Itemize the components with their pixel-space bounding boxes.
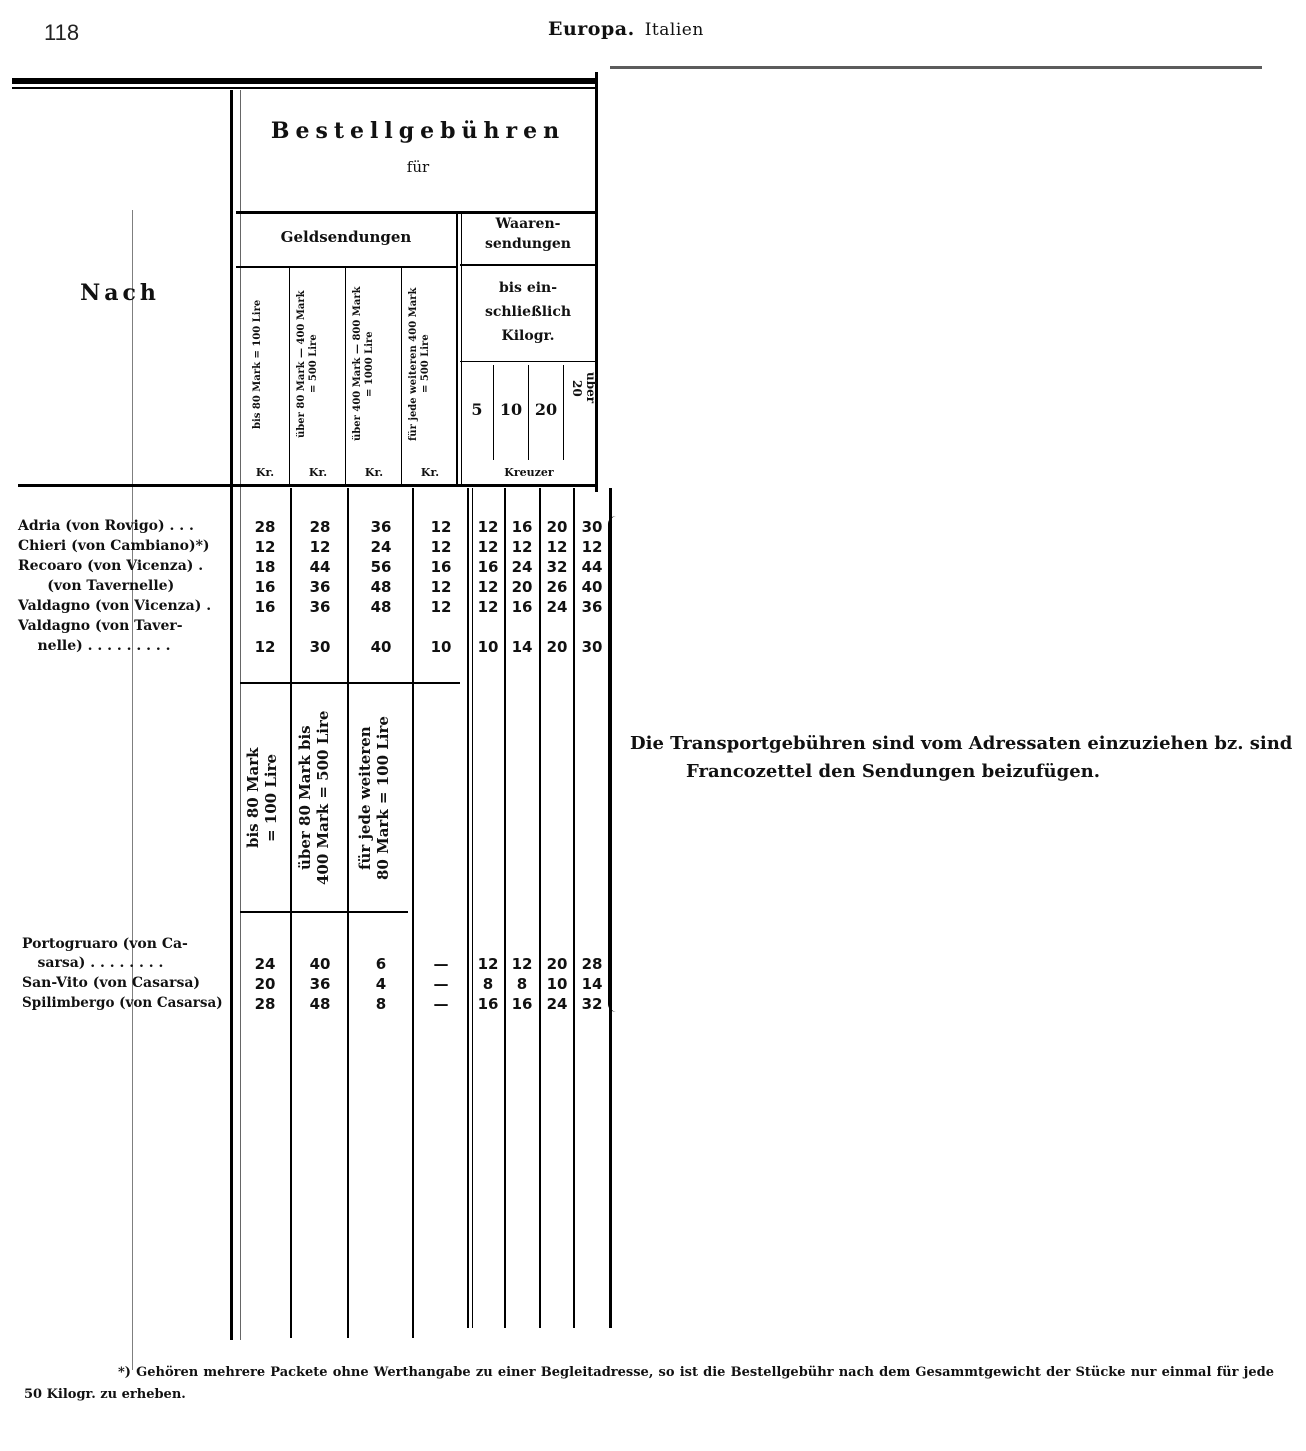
cell: 36 xyxy=(292,975,348,993)
cell: 12 xyxy=(472,598,504,616)
cell: 12 xyxy=(472,538,504,556)
cell: 12 xyxy=(472,518,504,536)
row-destination: Portogruaro (von Ca- xyxy=(22,936,188,952)
cell: 36 xyxy=(574,598,610,616)
cell: 32 xyxy=(574,995,610,1013)
row-destination: Adria (von Rovigo) . . . xyxy=(18,518,194,534)
row-destination: Chieri (von Cambiano)*) xyxy=(18,538,210,554)
table-row: Portogruaro (von Ca- xyxy=(14,936,604,956)
cell: 12 xyxy=(240,538,290,556)
cell: 16 xyxy=(414,558,468,576)
side-note-line-1: Die Transportgebühren sind vom Adressate… xyxy=(630,730,1292,758)
cell: 20 xyxy=(240,975,290,993)
cell: 12 xyxy=(574,538,610,556)
row-destination: Recoaro (von Vicenza) . xyxy=(18,558,203,574)
top-rule-right xyxy=(610,66,1262,69)
footnote: *) Gehören mehrere Packete ohne Werthang… xyxy=(24,1362,1274,1406)
cell: 8 xyxy=(349,995,413,1013)
table-row: nelle) . . . . . . . . . 12 30 40 10 10 … xyxy=(14,638,604,658)
lower-col-header-geld-3: für jede weiteren 80 Mark = 100 Lire xyxy=(356,692,404,904)
waren-weight-header: bis ein- schließlich Kilogr. xyxy=(460,276,596,348)
cell: 12 xyxy=(414,538,468,556)
cell: 44 xyxy=(574,558,610,576)
stub-header: Nach xyxy=(60,280,180,306)
table-title-sub: für xyxy=(240,158,596,176)
cell: 28 xyxy=(240,518,290,536)
cell: — xyxy=(414,995,468,1013)
row-destination: sarsa) . . . . . . . . xyxy=(18,955,163,971)
cell: 12 xyxy=(505,538,539,556)
row-destination: Valdagno (von Vicenza) . xyxy=(18,598,211,614)
cell: 24 xyxy=(505,558,539,576)
col-header-geld-4: für jede weiteren 400 Mark = 500 Lire xyxy=(408,275,448,453)
table-row: sarsa) . . . . . . . . 24 40 6 — 12 12 2… xyxy=(14,955,604,975)
cell: 4 xyxy=(349,975,413,993)
cell: 48 xyxy=(349,598,413,616)
col-header-waren-10: 10 xyxy=(494,400,528,419)
cell: 48 xyxy=(349,578,413,596)
cell: 12 xyxy=(414,598,468,616)
cell: 8 xyxy=(505,975,539,993)
cell: 12 xyxy=(540,538,574,556)
curly-brace xyxy=(608,516,624,1012)
cell: 30 xyxy=(292,638,348,656)
cell: 12 xyxy=(414,578,468,596)
running-head-country: Italien xyxy=(645,20,704,40)
row-destination: nelle) . . . . . . . . . xyxy=(18,638,170,654)
cell: 28 xyxy=(574,955,610,973)
col-header-waren-ueber-20: über 20 xyxy=(564,368,598,408)
unit-kr-1: Kr. xyxy=(240,466,290,479)
cell: 28 xyxy=(240,995,290,1013)
col-header-geld-2: über 80 Mark — 400 Mark = 500 Lire xyxy=(296,275,336,453)
row-destination: Spilimbergo (von Casarsa) xyxy=(22,995,223,1011)
cell: 16 xyxy=(240,578,290,596)
cell: 28 xyxy=(292,518,348,536)
lower-col-header-geld-1: bis 80 Mark = 100 Lire xyxy=(244,692,288,904)
cell: 30 xyxy=(574,638,610,656)
cell: 48 xyxy=(292,995,348,1013)
cell: 12 xyxy=(240,638,290,656)
table-row: Recoaro (von Vicenza) . 18 44 56 16 16 2… xyxy=(14,558,604,578)
cell: — xyxy=(414,955,468,973)
cell: 10 xyxy=(540,975,574,993)
col-header-waren-20: 20 xyxy=(529,400,563,419)
cell: 16 xyxy=(240,598,290,616)
table-row: Spilimbergo (von Casarsa) 28 48 8 — 16 1… xyxy=(14,995,604,1015)
group-header-geldsendungen: Geldsendungen xyxy=(236,228,456,246)
cell: 24 xyxy=(240,955,290,973)
cell: 40 xyxy=(349,638,413,656)
table-row: Valdagno (von Vicenza) . 16 36 48 12 12 … xyxy=(14,598,604,618)
lower-col-header-geld-2: über 80 Mark bis 400 Mark = 500 Lire xyxy=(296,692,344,904)
cell: 20 xyxy=(540,955,574,973)
row-destination: (von Tavernelle) xyxy=(18,578,174,594)
cell: 30 xyxy=(574,518,610,536)
table-row: Valdagno (von Taver- xyxy=(14,618,604,638)
cell: 36 xyxy=(349,518,413,536)
cell: 14 xyxy=(505,638,539,656)
cell: 24 xyxy=(540,995,574,1013)
unit-kr-4: Kr. xyxy=(402,466,458,479)
side-note: Die Transportgebühren sind vom Adressate… xyxy=(630,730,1292,786)
cell: 16 xyxy=(472,995,504,1013)
running-head: Europa.Italien xyxy=(548,18,704,40)
cell: 20 xyxy=(540,638,574,656)
cell: 44 xyxy=(292,558,348,576)
cell: 8 xyxy=(472,975,504,993)
table-row: Adria (von Rovigo) . . . 28 28 36 12 12 … xyxy=(14,518,604,538)
cell: 18 xyxy=(240,558,290,576)
cell: 10 xyxy=(414,638,468,656)
cell: — xyxy=(414,975,468,993)
cell: 12 xyxy=(414,518,468,536)
cell: 40 xyxy=(574,578,610,596)
page-number: 118 xyxy=(44,20,79,46)
cell: 24 xyxy=(540,598,574,616)
cell: 10 xyxy=(472,638,504,656)
group-header-waarensendungen: Waaren- sendungen xyxy=(460,214,596,254)
cell: 20 xyxy=(505,578,539,596)
row-destination: Valdagno (von Taver- xyxy=(18,618,183,634)
table-title: Bestellgebühren xyxy=(240,118,596,144)
cell: 12 xyxy=(472,578,504,596)
cell: 40 xyxy=(292,955,348,973)
cell: 12 xyxy=(505,955,539,973)
cell: 24 xyxy=(349,538,413,556)
cell: 14 xyxy=(574,975,610,993)
cell: 16 xyxy=(472,558,504,576)
side-note-line-2: Francozettel den Sendungen beizufügen. xyxy=(630,758,1292,786)
col-header-geld-3: über 400 Mark — 800 Mark = 1000 Lire xyxy=(352,275,392,453)
running-head-title: Europa. xyxy=(548,18,635,40)
row-destination: San-Vito (von Casarsa) xyxy=(22,975,200,991)
cell: 16 xyxy=(505,598,539,616)
cell: 12 xyxy=(472,955,504,973)
cell: 16 xyxy=(505,995,539,1013)
col-header-waren-5: 5 xyxy=(462,400,492,419)
cell: 56 xyxy=(349,558,413,576)
top-rule-thin xyxy=(12,87,597,89)
cell: 16 xyxy=(505,518,539,536)
unit-kr-3: Kr. xyxy=(346,466,402,479)
cell: 36 xyxy=(292,598,348,616)
cell: 20 xyxy=(540,518,574,536)
table-row: San-Vito (von Casarsa) 20 36 4 — 8 8 10 … xyxy=(14,975,604,995)
cell: 6 xyxy=(349,955,413,973)
unit-kreuzer: Kreuzer xyxy=(462,466,596,479)
table-row: Chieri (von Cambiano)*) 12 12 24 12 12 1… xyxy=(14,538,604,558)
cell: 32 xyxy=(540,558,574,576)
cell: 26 xyxy=(540,578,574,596)
cell: 36 xyxy=(292,578,348,596)
top-rule xyxy=(12,78,597,84)
cell: 12 xyxy=(292,538,348,556)
table-row: (von Tavernelle) 16 36 48 12 12 20 26 40 xyxy=(14,578,604,598)
col-header-geld-1: bis 80 Mark = 100 Lire xyxy=(252,275,278,453)
unit-kr-2: Kr. xyxy=(290,466,346,479)
